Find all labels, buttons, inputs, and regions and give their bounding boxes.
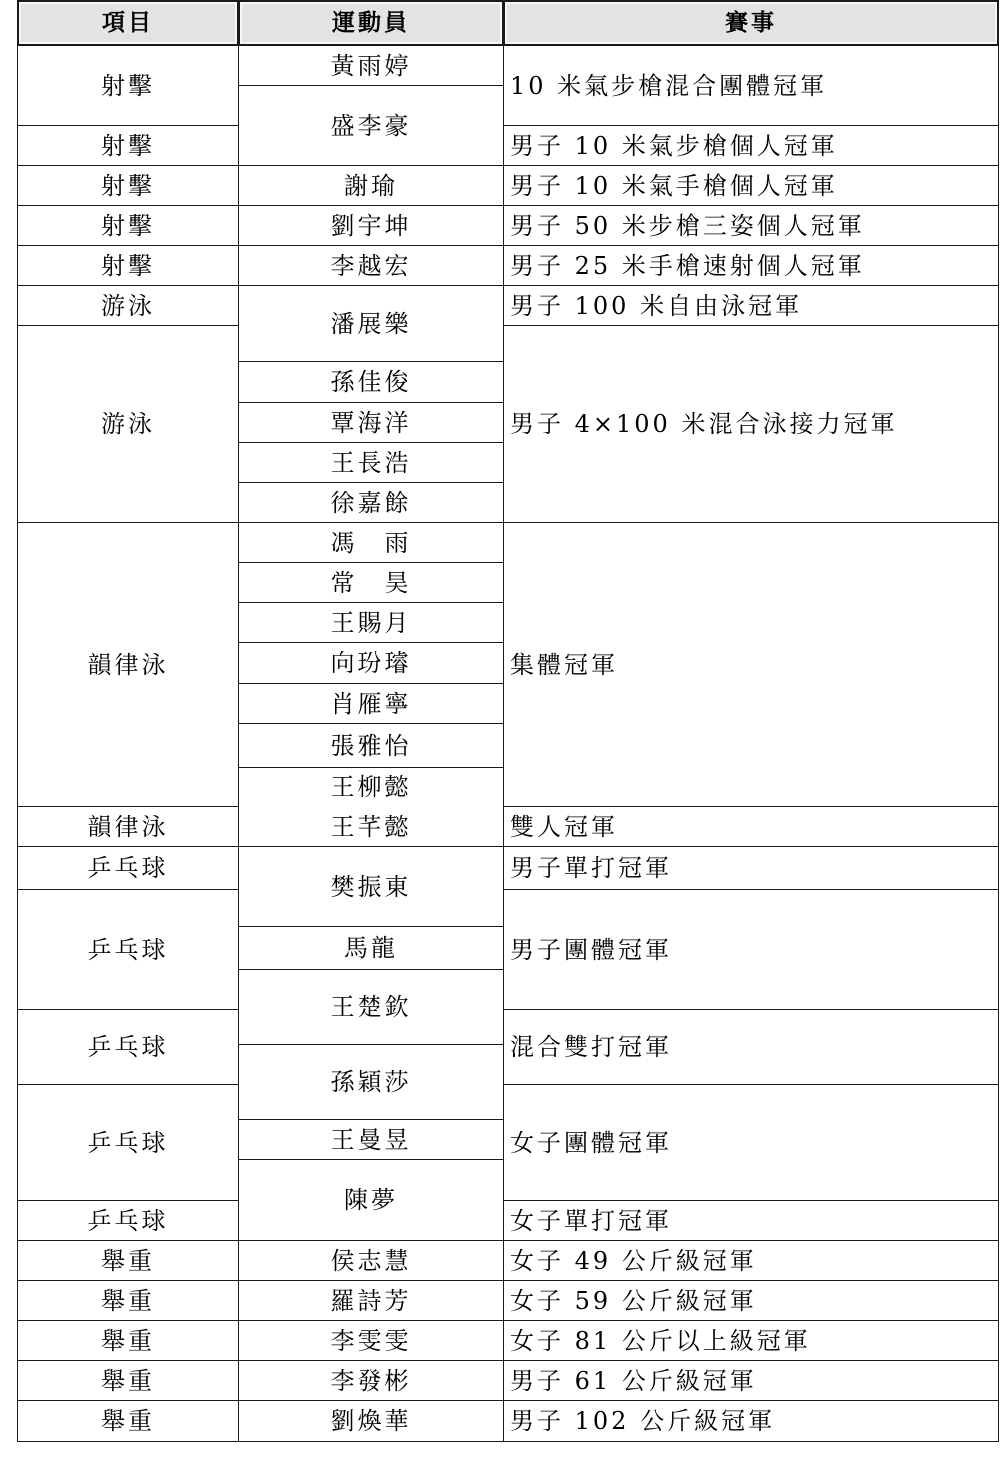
sport-cell: 舉重 [17,1320,239,1361]
event-cell: 女子 59 公斤級冠軍 [503,1280,999,1321]
event-cell: 男子單打冠軍 [503,846,999,890]
event-cell: 男子 25 米手槍速射個人冠軍 [503,245,999,286]
sport-cell: 乒乓球 [17,889,239,1010]
event-cell: 男子 4×100 米混合泳接力冠軍 [503,325,999,523]
event-cell: 男子 61 公斤級冠軍 [503,1360,999,1401]
athlete-cell: 馬龍 [238,926,504,970]
event-cell: 女子團體冠軍 [503,1084,999,1201]
sport-cell: 游泳 [17,285,239,326]
athlete-cell: 王曼昱 [238,1119,504,1160]
athlete-cell: 肖雁寧 [238,683,504,724]
header-sport: 項目 [17,0,239,46]
sport-cell: 射擊 [17,165,239,206]
event-cell: 女子 81 公斤以上級冠軍 [503,1320,999,1361]
event-cell: 女子 49 公斤級冠軍 [503,1240,999,1281]
sport-cell: 舉重 [17,1400,239,1442]
athlete-cell: 盛李豪 [238,85,504,166]
athlete-name: 王芊懿 [331,807,412,847]
sport-cell: 乒乓球 [17,846,239,890]
athlete-cell: 劉煥華 [238,1400,504,1442]
sport-cell: 乒乓球 [17,1200,239,1241]
sport-cell: 射擊 [17,125,239,166]
athlete-cell: 李發彬 [238,1360,504,1401]
event-cell: 男子團體冠軍 [503,889,999,1010]
event-cell: 男子 100 米自由泳冠軍 [503,285,999,326]
sport-cell: 射擊 [17,245,239,286]
athlete-cell: 陳夢 [238,1159,504,1241]
sport-cell: 韻律泳 [17,806,239,847]
athlete-name: 王柳懿 [331,767,412,807]
sport-cell: 乒乓球 [17,1084,239,1201]
event-cell: 男子 10 米氣手槍個人冠軍 [503,165,999,206]
athlete-cell: 羅詩芳 [238,1280,504,1321]
athlete-cell: 侯志慧 [238,1240,504,1281]
athlete-cell: 張雅怡 [238,723,504,768]
sport-cell: 乒乓球 [17,1009,239,1085]
athlete-cell: 向玢璿 [238,642,504,684]
athlete-cell: 覃海洋 [238,402,504,443]
sport-cell: 射擊 [17,205,239,246]
event-cell: 男子 102 公斤級冠軍 [503,1400,999,1442]
champions-table: 項目 射擊 射擊 射擊 射擊 射擊 游泳 游泳 韻律泳 韻律泳 乒乓球 乒乓球 … [17,0,999,1442]
sport-cell: 射擊 [17,45,239,126]
event-cell: 男子 50 米步槍三姿個人冠軍 [503,205,999,246]
athlete-column: 運動員 黃雨婷 盛李豪 謝瑜 劉宇坤 李越宏 潘展樂 孫佳俊 覃海洋 王長浩 徐… [238,0,504,1442]
header-event: 賽事 [503,0,999,46]
athlete-cell: 王楚欽 [238,969,504,1045]
event-cell: 雙人冠軍 [503,806,999,847]
athlete-cell: 馮 雨 [238,522,504,563]
athlete-cell: 樊振東 [238,846,504,927]
sport-cell: 舉重 [17,1240,239,1281]
sport-cell: 韻律泳 [17,522,239,807]
athlete-cell: 常 昊 [238,562,504,603]
athlete-cell: 孫穎莎 [238,1044,504,1120]
athlete-cell: 王長浩 [238,442,504,483]
sport-column: 項目 射擊 射擊 射擊 射擊 射擊 游泳 游泳 韻律泳 韻律泳 乒乓球 乒乓球 … [17,0,239,1442]
header-athlete: 運動員 [238,0,504,46]
sport-cell: 游泳 [17,325,239,523]
event-cell: 混合雙打冠軍 [503,1009,999,1085]
athlete-cell-pair: 王柳懿 王芊懿 [238,767,504,847]
event-cell: 女子單打冠軍 [503,1200,999,1241]
event-cell: 男子 10 米氣步槍個人冠軍 [503,125,999,166]
athlete-cell: 潘展樂 [238,285,504,362]
event-cell: 10 米氣步槍混合團體冠軍 [503,45,999,126]
athlete-cell: 劉宇坤 [238,205,504,246]
sport-cell: 舉重 [17,1360,239,1401]
event-cell: 集體冠軍 [503,522,999,807]
athlete-cell: 孫佳俊 [238,361,504,403]
athlete-cell: 王賜月 [238,602,504,643]
athlete-cell: 謝瑜 [238,165,504,206]
athlete-cell: 徐嘉餘 [238,482,504,523]
sport-cell: 舉重 [17,1280,239,1321]
athlete-cell: 黃雨婷 [238,45,504,86]
athlete-cell: 李越宏 [238,245,504,286]
athlete-cell: 李雯雯 [238,1320,504,1361]
event-column: 賽事 10 米氣步槍混合團體冠軍 男子 10 米氣步槍個人冠軍 男子 10 米氣… [503,0,999,1442]
